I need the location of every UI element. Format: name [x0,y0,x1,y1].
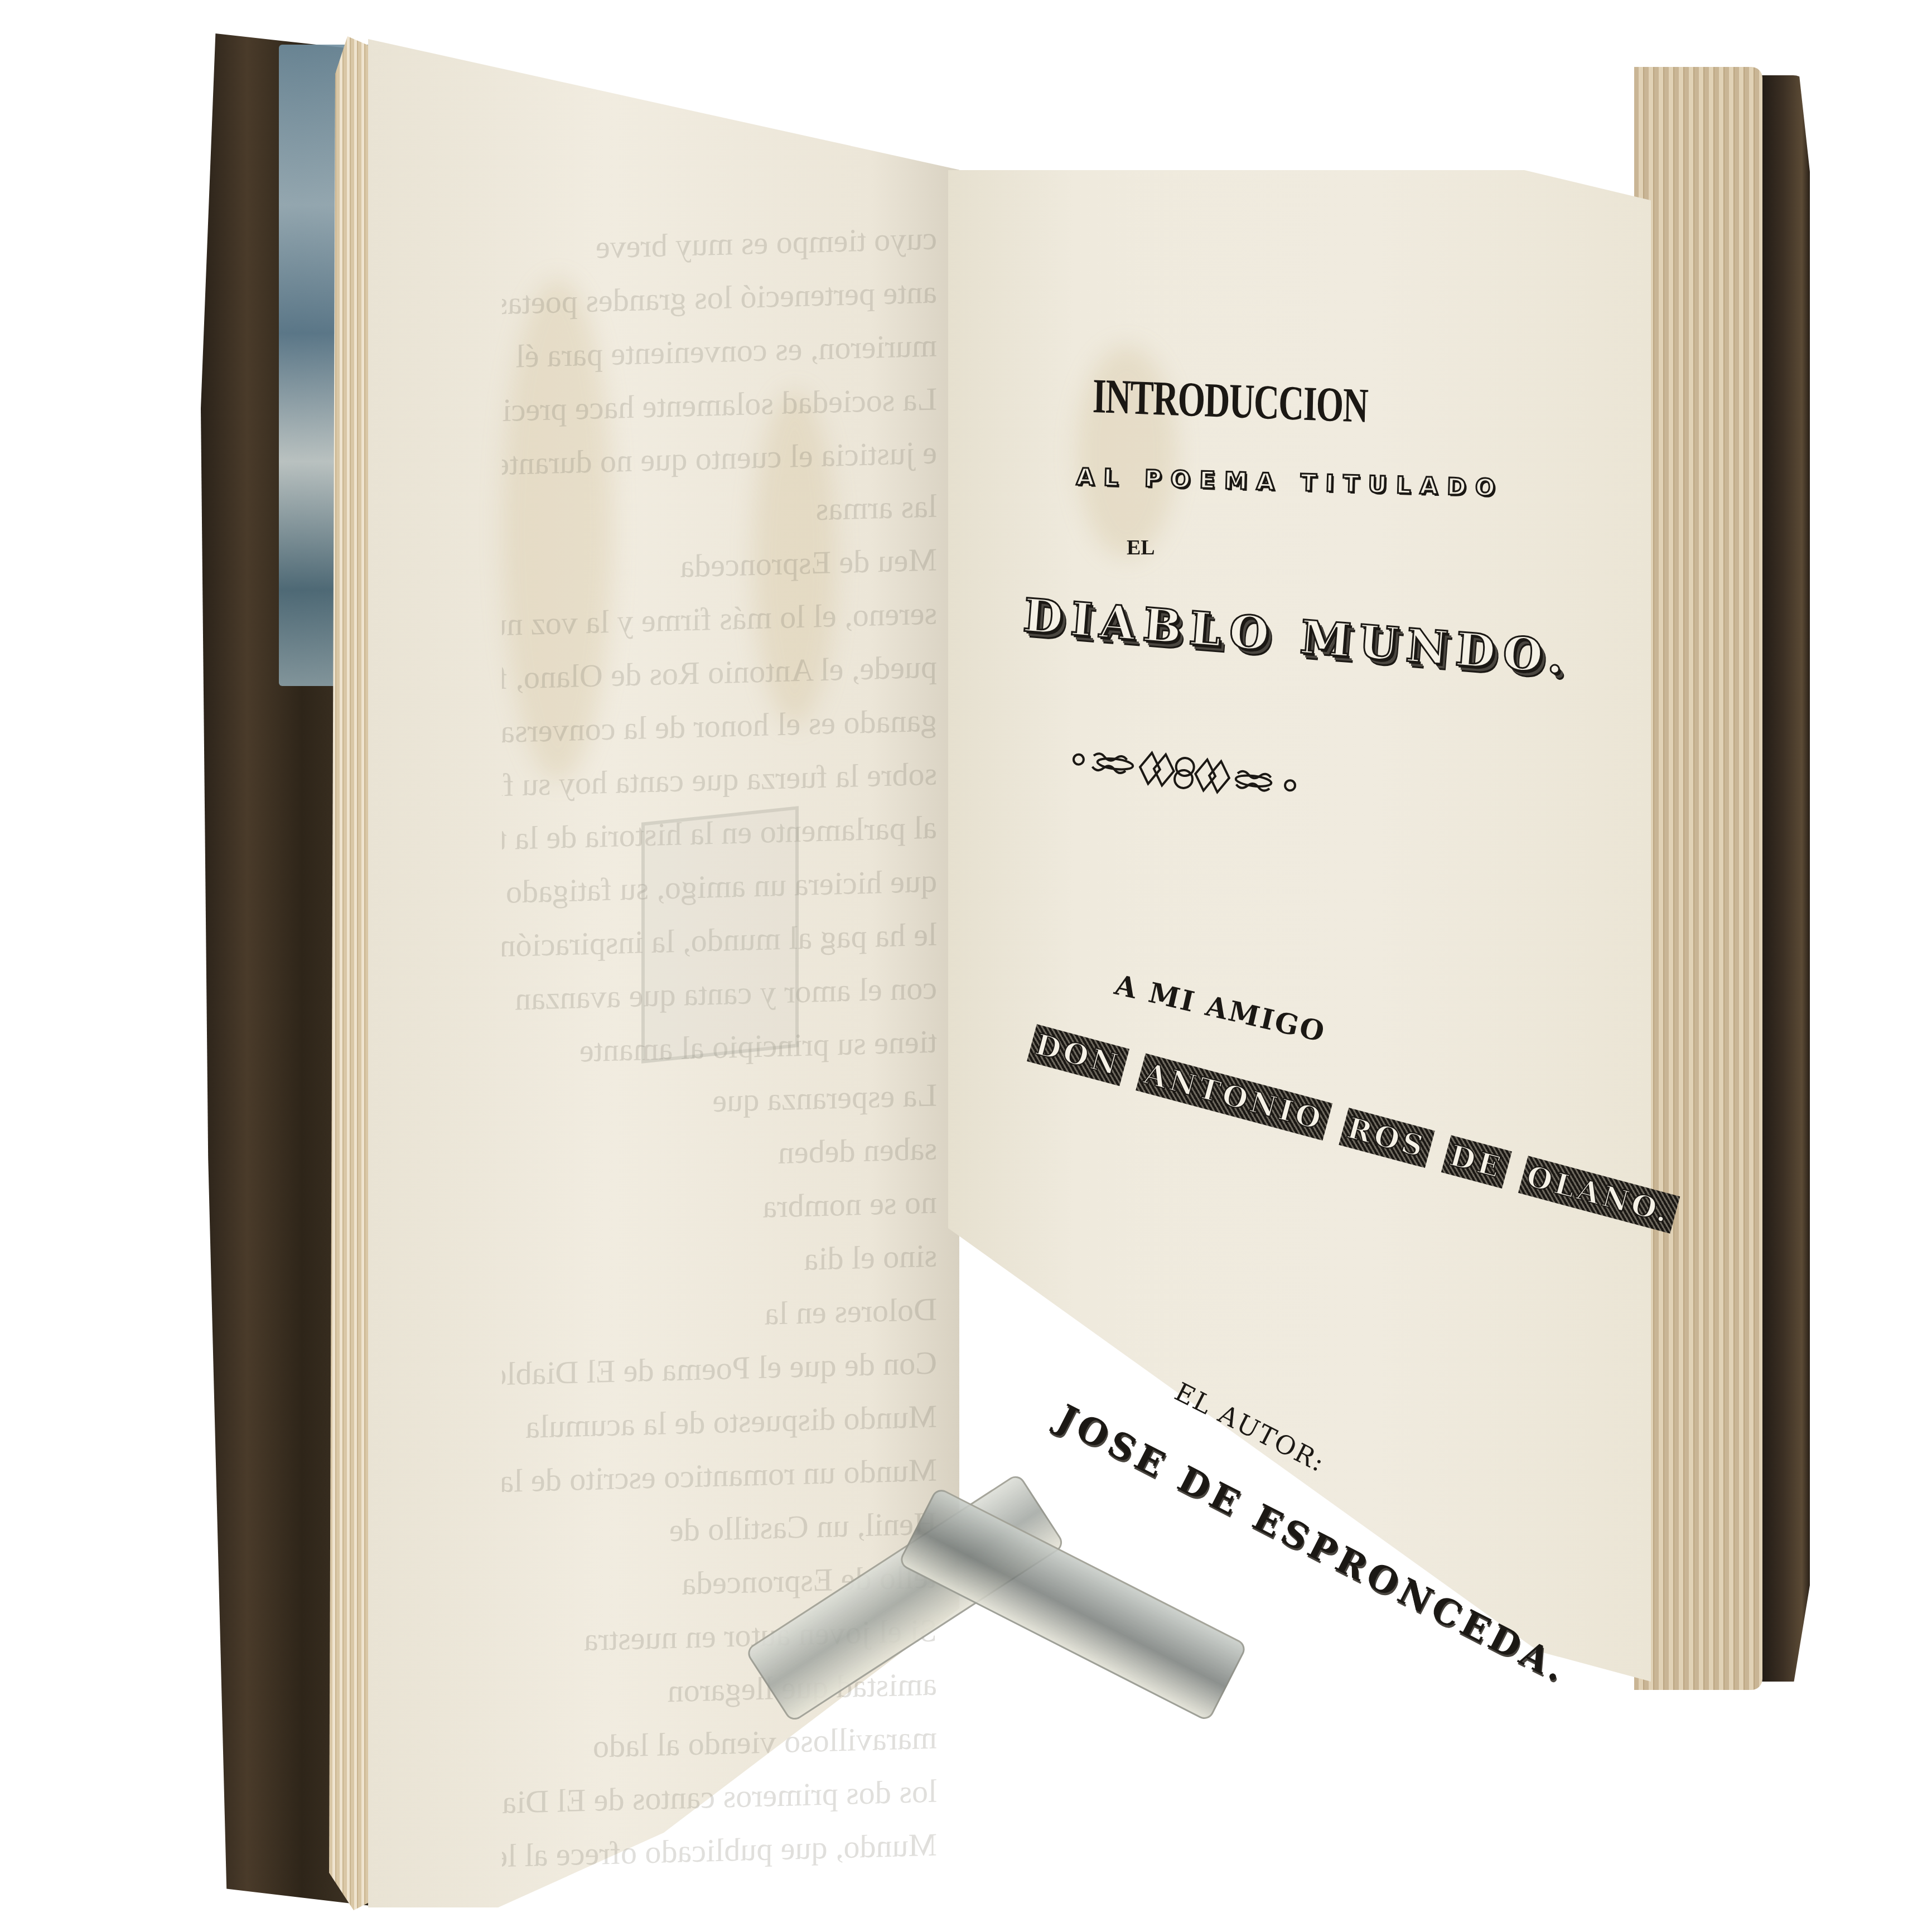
show-through-line: Mundo, que publicado ofrece al lector [502,1818,937,1883]
title-el: EL [1127,535,1155,560]
right-page-edges [1634,67,1762,1690]
title-introduccion: INTRODUCCION [1092,368,1368,434]
right-leather-cover [1757,75,1810,1682]
show-through-ornament-block [641,806,799,1064]
book-photo: cuyo tiempo es muy breveante perteneció … [0,0,1932,1932]
